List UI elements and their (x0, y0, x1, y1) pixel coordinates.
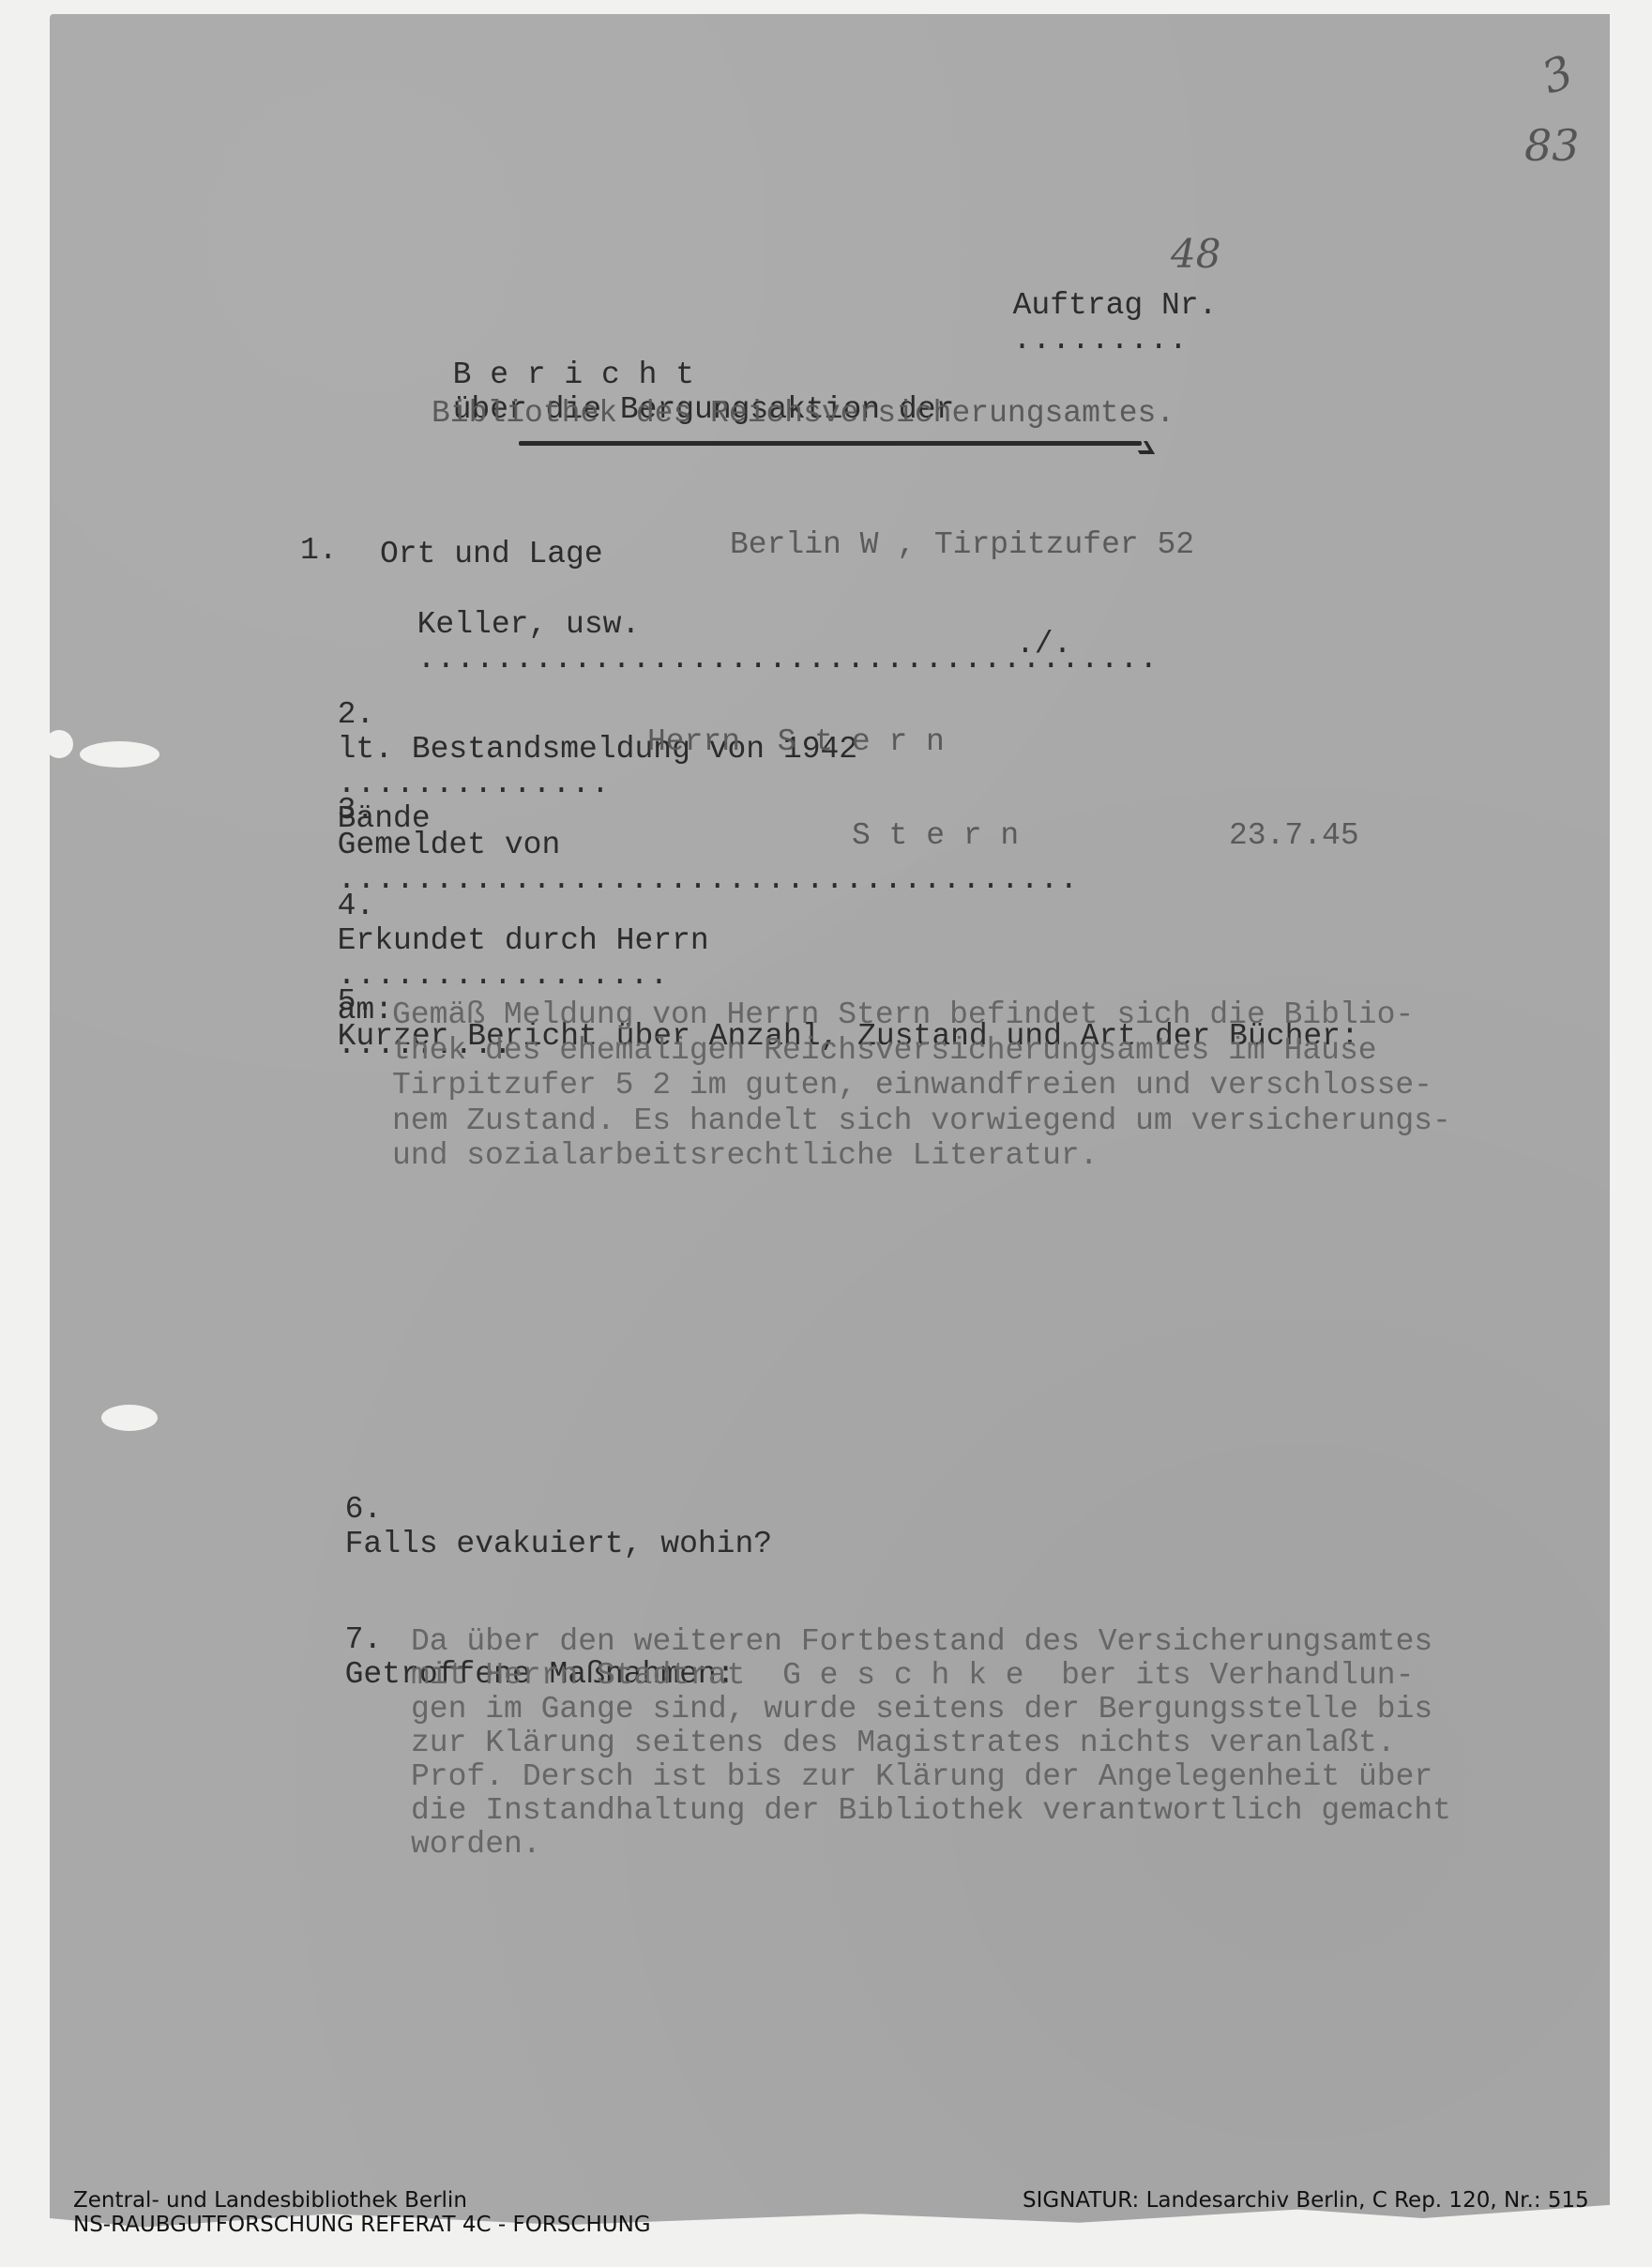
order-dots: ......... (1013, 323, 1189, 358)
item-1-value: Berlin W , Tirpitzufer 52 (730, 527, 1194, 562)
item-1-number: 1. (300, 533, 338, 568)
title-underline (519, 441, 1142, 446)
title-spaced-word: B e r i c h t (453, 358, 694, 392)
item-7-number: 7. (345, 1622, 383, 1657)
item-6-number: 6. (345, 1492, 383, 1527)
punch-hole-lower (101, 1405, 158, 1431)
item-7-body-line: worden. (411, 1828, 1451, 1862)
order-label: Auftrag Nr. (1013, 288, 1218, 323)
item-5-body-line: thek des ehemaligen Reichsversicherungsa… (392, 1033, 1451, 1069)
item-7-body-line: die Instandhaltung der Bibliothek verant… (411, 1794, 1451, 1828)
item-5-body-line: Tirpitzufer 5 2 im guten, einwandfreien … (392, 1068, 1451, 1103)
folio-mark-bottom: 83 (1524, 120, 1580, 171)
item-5-number: 5. (338, 984, 375, 1019)
torn-edge-upper (45, 730, 73, 758)
item-7-body-line: Da über den weiteren Fortbestand des Ver… (411, 1625, 1451, 1659)
item-6-label: Falls evakuiert, wohin? (345, 1527, 772, 1561)
item-5-body-line: und sozialarbeitsrechtliche Literatur. (392, 1138, 1451, 1174)
item-3-value: Herrn S t e r n (647, 724, 945, 759)
item-1-label-keller: Keller, usw. (417, 607, 641, 642)
item-7-body-line: Prof. Dersch ist bis zur Klärung der Ang… (411, 1760, 1451, 1794)
report-title-line2: Bibliothek des Reichsversicherungsamtes. (432, 396, 1175, 431)
order-number-value: 48 (1171, 231, 1220, 277)
item-4-value: S t e r n (852, 818, 1019, 853)
item-3-number: 3. (338, 793, 375, 828)
item-6-row: 6. Falls evakuiert, wohin? (308, 1457, 772, 1561)
item-7-body-line: mit Herrn Stadtrat G e s c h k e ber its… (411, 1659, 1451, 1693)
item-5-body-line: nem Zustand. Es handelt sich vorwiegend … (392, 1103, 1451, 1139)
item-4-date-value: 23.7.45 (1229, 818, 1359, 853)
item-1-label-line1: Ort und Lage (380, 537, 603, 571)
footer-institution: Zentral- und Landesbibliothek Berlin (73, 2188, 467, 2213)
item-5-body: Gemäß Meldung von Herrn Stern befindet s… (392, 997, 1451, 1174)
item-7-body: Da über den weiteren Fortbestand des Ver… (411, 1625, 1451, 1862)
footer-department: NS-RAUBGUTFORSCHUNG REFERAT 4C - FORSCHU… (73, 2213, 651, 2237)
item-7-body-line: zur Klärung seitens des Magistrates nich… (411, 1727, 1451, 1760)
torn-hole-upper (80, 741, 159, 768)
item-5-body-line: Gemäß Meldung von Herrn Stern befindet s… (392, 997, 1451, 1033)
item-7-body-line: gen im Gange sind, wurde seitens der Ber… (411, 1693, 1451, 1727)
item-4-number: 4. (338, 889, 375, 923)
footer-signature: SIGNATUR: Landesarchiv Berlin, C Rep. 12… (1023, 2188, 1589, 2213)
item-2-value: ./. (1016, 627, 1071, 662)
item-2-number: 2. (338, 697, 375, 732)
